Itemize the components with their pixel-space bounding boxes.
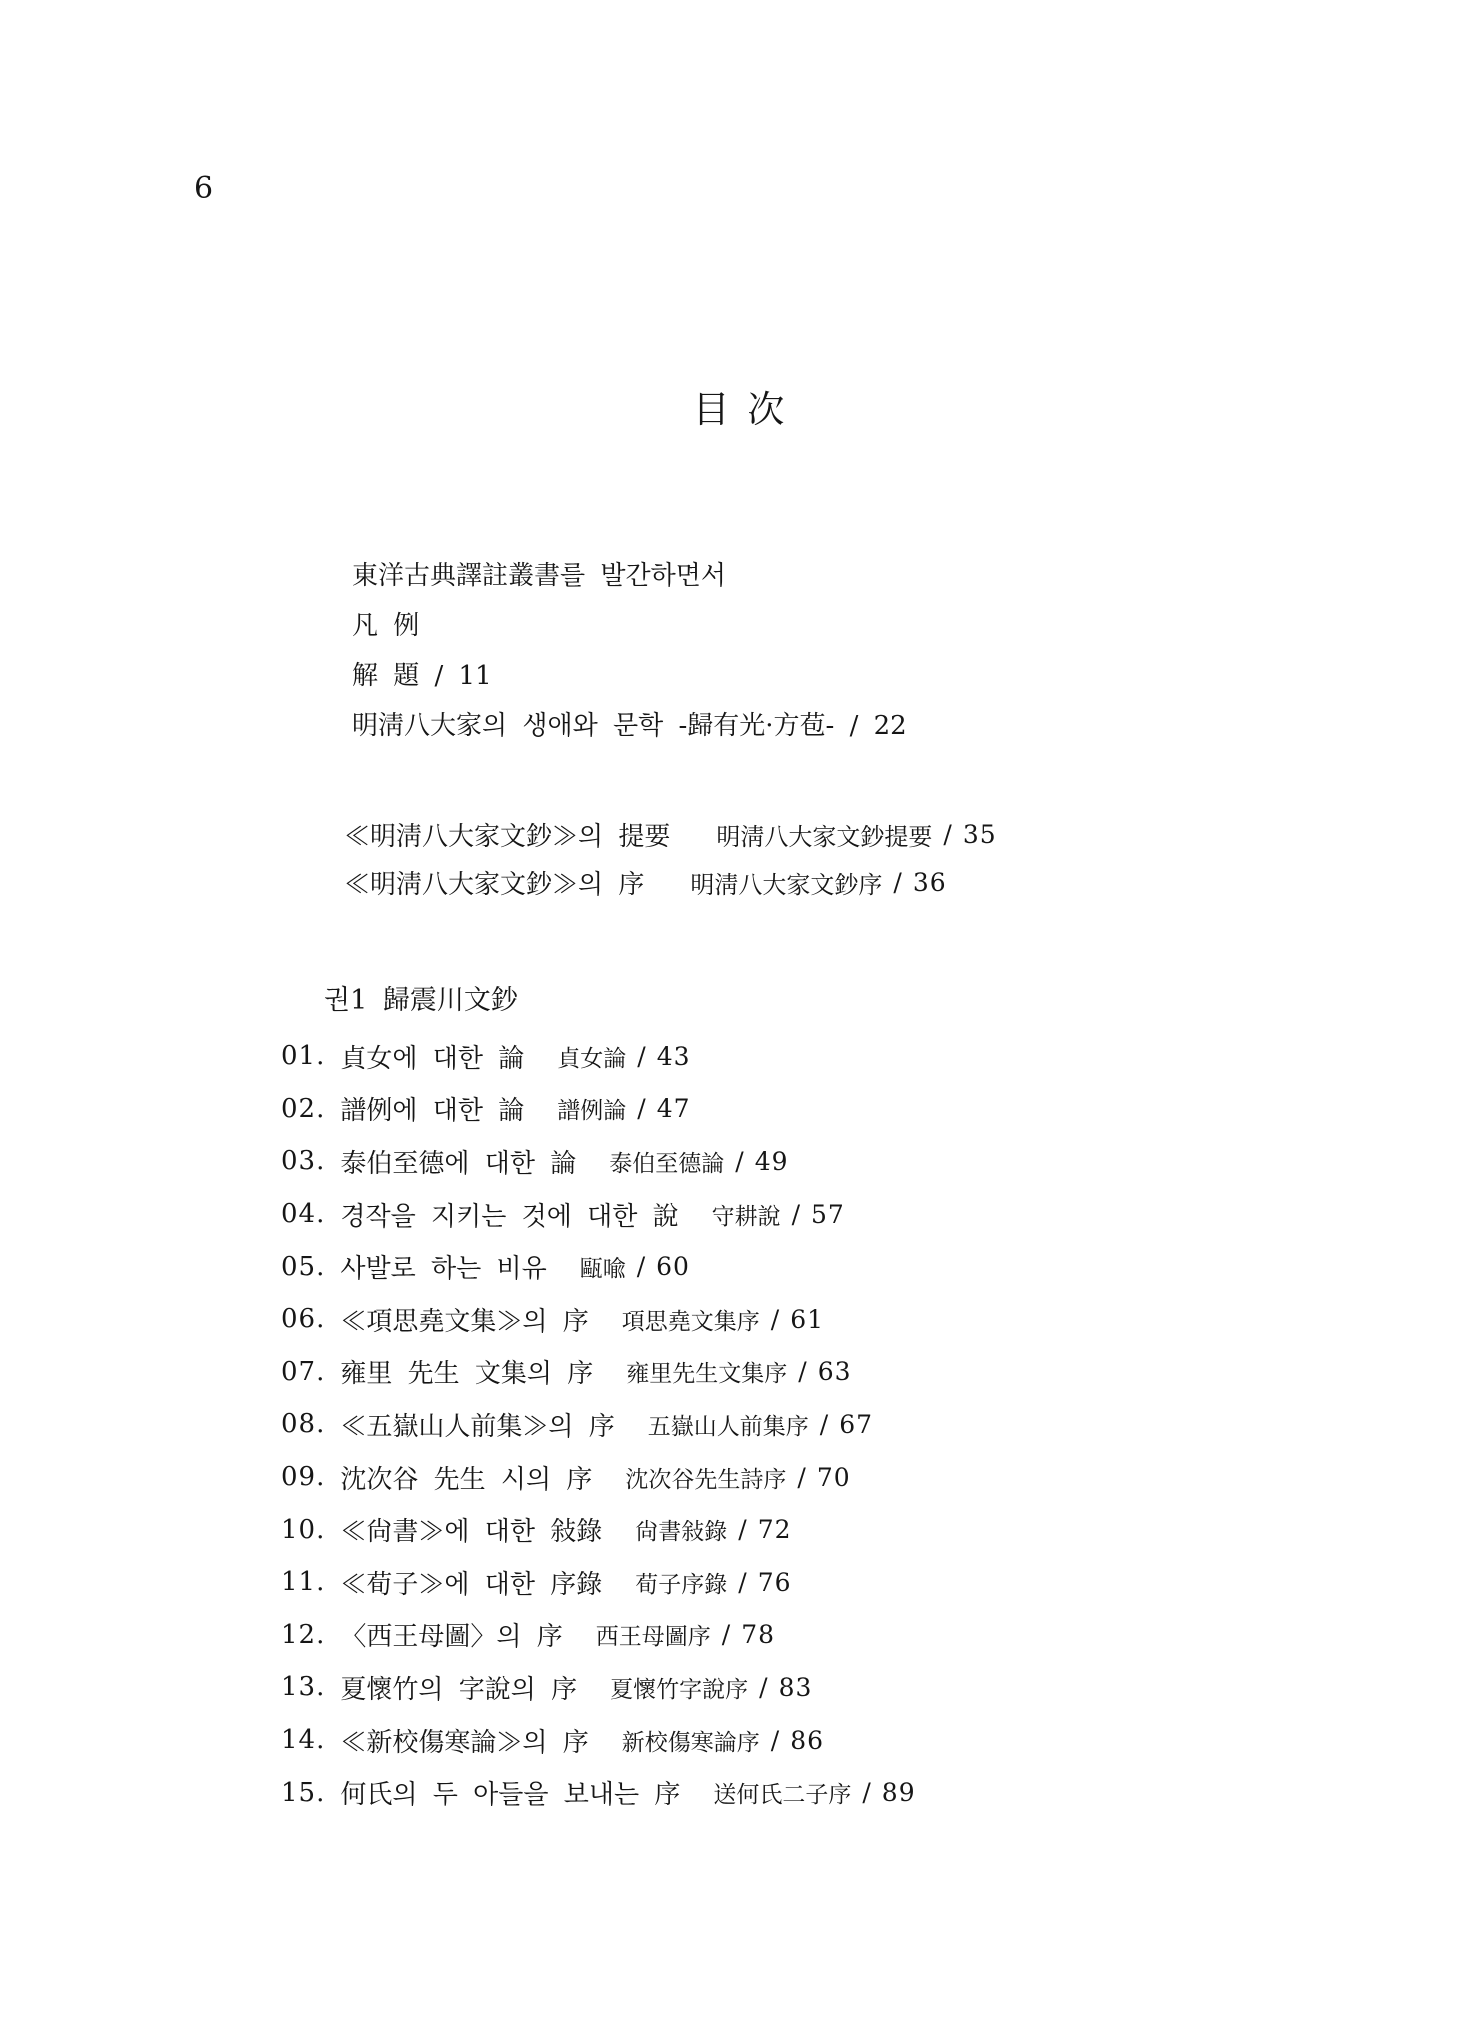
toc-entry-title-chinese: 送何氏二子序: [713, 1776, 851, 1809]
page-separator: /: [771, 1726, 779, 1755]
toc-entry: 01. 貞女에 대한 論 貞女論 / 43: [281, 1030, 916, 1083]
toc-entry-page-number: 63: [818, 1357, 852, 1386]
toc-entry-title-chinese: 五嶽山人前集序: [648, 1408, 809, 1441]
toc-entry-page-number: 72: [758, 1515, 792, 1544]
toc-entry-number: 02.: [281, 1094, 325, 1124]
toc-entry-title-korean: 貞女에 대한 論: [340, 1038, 524, 1075]
toc-entry: 14. ≪新校傷寒論≫의 序 新校傷寒論序 / 86: [281, 1714, 916, 1767]
toc-entry: 05. 사발로 하는 비유 甌喩 / 60: [281, 1240, 916, 1293]
page-separator: /: [738, 1568, 746, 1597]
toc-entry-page-number: 86: [790, 1726, 824, 1755]
toc-entry-page-number: 57: [811, 1200, 845, 1229]
toc-entry: 15. 何氏의 두 아들을 보내는 序 送何氏二子序 / 89: [281, 1766, 916, 1819]
toc-entry-title-chinese: 夏懷竹字說序: [610, 1671, 748, 1704]
page-folio: 6: [194, 174, 213, 204]
page-separator: /: [735, 1147, 743, 1176]
toc-entry-number: 06.: [281, 1304, 325, 1334]
overview-title-korean: ≪明淸八大家文鈔≫의 序: [344, 864, 644, 901]
toc-entry: 07. 雍里 先生 文集의 序 雍里先生文集序 / 63: [281, 1346, 916, 1399]
toc-entry-title-chinese: 甌喩: [580, 1250, 626, 1283]
toc-entry-number: 11.: [281, 1567, 325, 1597]
toc-entry-page-number: 67: [839, 1410, 873, 1439]
toc-list: 01. 貞女에 대한 論 貞女論 / 43 02. 譜例에 대한 論 譜例論 /…: [281, 1030, 916, 1819]
toc-entry: 08. ≪五嶽山人前集≫의 序 五嶽山人前集序 / 67: [281, 1398, 916, 1451]
toc-entry-title-chinese: 尙書敍錄: [635, 1513, 727, 1546]
toc-entry-page-number: 43: [657, 1042, 691, 1071]
toc-entry: 12. 〈西王母圖〉의 序 西王母圖序 / 78: [281, 1609, 916, 1662]
toc-entry-title-chinese: 西王母圖序: [596, 1618, 711, 1651]
page-separator: /: [738, 1515, 746, 1544]
toc-entry-number: 05.: [281, 1252, 325, 1282]
overview-list: ≪明淸八大家文鈔≫의 提要 明淸八大家文鈔提要 / 35 ≪明淸八大家文鈔≫의 …: [344, 810, 997, 906]
toc-entry-number: 01.: [281, 1041, 325, 1071]
toc-entry-page-number: 49: [755, 1147, 789, 1176]
page-separator: /: [797, 1463, 805, 1492]
toc-entry-title-chinese: 泰伯至德論: [609, 1145, 724, 1178]
toc-entry-title-chinese: 雍里先生文集序: [626, 1355, 787, 1388]
overview-entry: ≪明淸八大家文鈔≫의 提要 明淸八大家文鈔提要 / 35: [344, 810, 997, 858]
page-separator: /: [943, 820, 951, 849]
page-title: 目 次: [0, 388, 1480, 432]
page-separator: /: [798, 1357, 806, 1386]
toc-entry-number: 12.: [281, 1620, 325, 1650]
page-separator: /: [893, 868, 901, 897]
toc-entry-page-number: 60: [656, 1252, 690, 1281]
toc-entry: 04. 경작을 지키는 것에 대한 說 守耕說 / 57: [281, 1188, 916, 1241]
toc-entry-title-korean: 沈次谷 先生 시의 序: [340, 1459, 592, 1496]
toc-entry-number: 04.: [281, 1199, 325, 1229]
front-matter-line: 凡 例: [352, 598, 907, 648]
toc-entry-number: 13.: [281, 1672, 325, 1702]
toc-entry-title-korean: ≪荀子≫에 대한 序錄: [340, 1564, 602, 1601]
toc-entry-title-chinese: 新校傷寒論序: [622, 1724, 760, 1757]
page-separator: /: [637, 1094, 645, 1123]
toc-entry-title-korean: 사발로 하는 비유: [340, 1248, 546, 1285]
toc-entry-number: 03.: [281, 1146, 325, 1176]
toc-entry-title-korean: 夏懷竹의 字說의 序: [340, 1669, 577, 1706]
toc-entry-page-number: 70: [817, 1463, 851, 1492]
toc-entry-number: 08.: [281, 1409, 325, 1439]
toc-entry-title-korean: 雍里 先生 文集의 序: [340, 1353, 593, 1390]
toc-entry-page-number: 89: [882, 1778, 916, 1807]
page-separator: /: [637, 1042, 645, 1071]
toc-entry: 06. ≪項思堯文集≫의 序 項思堯文集序 / 61: [281, 1293, 916, 1346]
toc-entry: 02. 譜例에 대한 論 譜例論 / 47: [281, 1083, 916, 1136]
toc-entry-title-chinese: 貞女論: [557, 1040, 626, 1073]
toc-entry-page-number: 76: [758, 1568, 792, 1597]
page-separator: /: [759, 1673, 767, 1702]
toc-entry-number: 10.: [281, 1515, 325, 1545]
page-separator: /: [722, 1620, 730, 1649]
toc-entry-title-korean: 경작을 지키는 것에 대한 說: [340, 1196, 678, 1233]
toc-entry-title-korean: 〈西王母圖〉의 序: [340, 1616, 562, 1653]
toc-entry: 13. 夏懷竹의 字說의 序 夏懷竹字說序 / 83: [281, 1661, 916, 1714]
toc-entry-title-chinese: 項思堯文集序: [622, 1303, 760, 1336]
toc-entry-number: 07.: [281, 1357, 325, 1387]
toc-entry-page-number: 83: [779, 1673, 813, 1702]
toc-entry-number: 14.: [281, 1725, 325, 1755]
page-separator: /: [792, 1200, 800, 1229]
front-matter-line: 明淸八大家의 생애와 문학 -歸有光·方苞- / 22: [352, 698, 907, 748]
toc-entry-number: 15.: [281, 1778, 325, 1808]
front-matter-line: 解 題 / 11: [352, 648, 907, 698]
overview-title-chinese: 明淸八大家文鈔提要: [716, 817, 932, 852]
toc-entry-page-number: 47: [657, 1094, 691, 1123]
toc-entry-title-korean: 何氏의 두 아들을 보내는 序: [340, 1774, 680, 1811]
page-separator: /: [820, 1410, 828, 1439]
overview-title-korean: ≪明淸八大家文鈔≫의 提要: [344, 816, 670, 853]
toc-entry-title-korean: ≪新校傷寒論≫의 序: [340, 1722, 588, 1759]
front-matter-list: 東洋古典譯註叢書를 발간하면서 凡 例 解 題 / 11 明淸八大家의 생애와 …: [352, 548, 907, 748]
toc-entry-title-chinese: 守耕說: [712, 1198, 781, 1231]
toc-entry-title-korean: ≪五嶽山人前集≫의 序: [340, 1406, 614, 1443]
toc-page: 6 目 次 東洋古典譯註叢書를 발간하면서 凡 例 解 題 / 11 明淸八大家…: [0, 0, 1480, 2024]
toc-entry: 09. 沈次谷 先生 시의 序 沈次谷先生詩序 / 70: [281, 1451, 916, 1504]
toc-entry: 11. ≪荀子≫에 대한 序錄 荀子序錄 / 76: [281, 1556, 916, 1609]
toc-entry-number: 09.: [281, 1462, 325, 1492]
toc-entry-title-korean: 泰伯至德에 대한 論: [340, 1143, 576, 1180]
page-separator: /: [637, 1252, 645, 1281]
toc-entry-title-chinese: 荀子序錄: [635, 1566, 727, 1599]
page-separator: /: [862, 1778, 870, 1807]
overview-page-number: 35: [963, 820, 997, 849]
toc-entry-title-korean: ≪項思堯文集≫의 序: [340, 1301, 588, 1338]
page-separator: /: [771, 1305, 779, 1334]
overview-page-number: 36: [913, 868, 947, 897]
toc-entry-title-chinese: 譜例論: [557, 1092, 626, 1125]
toc-entry-title-korean: 譜例에 대한 論: [340, 1090, 524, 1127]
overview-entry: ≪明淸八大家文鈔≫의 序 明淸八大家文鈔序 / 36: [344, 858, 997, 906]
toc-entry-title-korean: ≪尙書≫에 대한 敍錄: [340, 1511, 602, 1548]
toc-entry-page-number: 61: [790, 1305, 824, 1334]
volume-heading: 권1 歸震川文鈔: [324, 986, 518, 1016]
toc-entry: 03. 泰伯至德에 대한 論 泰伯至德論 / 49: [281, 1135, 916, 1188]
toc-entry-page-number: 78: [741, 1620, 775, 1649]
overview-title-chinese: 明淸八大家文鈔序: [690, 865, 882, 900]
toc-entry: 10. ≪尙書≫에 대한 敍錄 尙書敍錄 / 72: [281, 1503, 916, 1556]
toc-entry-title-chinese: 沈次谷先生詩序: [625, 1461, 786, 1494]
front-matter-line: 東洋古典譯註叢書를 발간하면서: [352, 548, 907, 598]
